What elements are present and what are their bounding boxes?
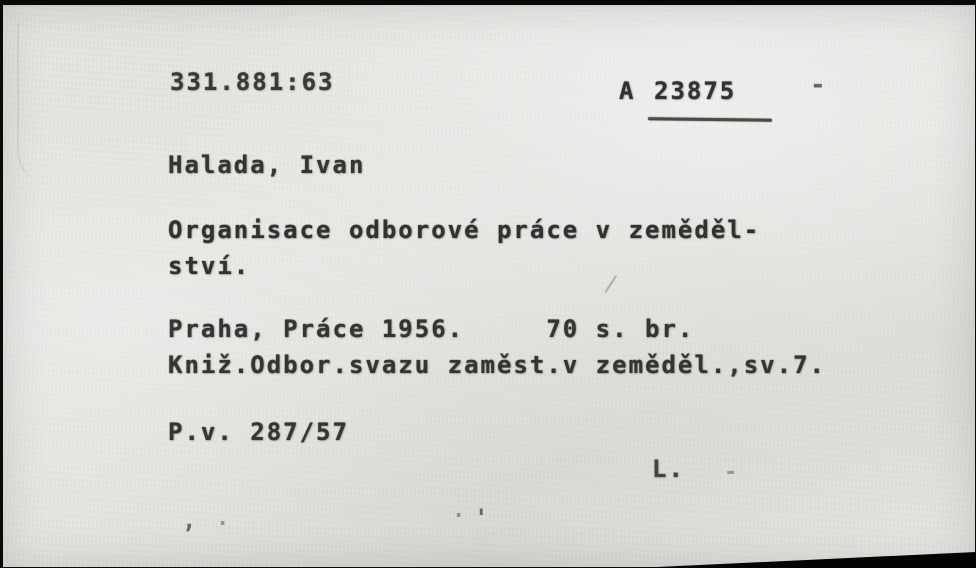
title-line-1: Organisace odborové práce v zeměděl- — [168, 218, 760, 242]
ink-speck-comma: , — [182, 508, 196, 532]
margin-dash-mark: - — [810, 72, 826, 98]
series-line: Kniž.Odbor.svazu zaměst.v zeměděl.,sv.7. — [168, 353, 826, 377]
catalog-card — [3, 5, 975, 567]
scanned-photo-frame: 331.881:63 A 23875 - Halada, Ivan Organi… — [0, 0, 976, 568]
record-number-line: P.v. 287/57 — [168, 420, 349, 444]
classification-number: 331.881:63 — [170, 70, 335, 94]
author-heading: Halada, Ivan — [168, 153, 365, 177]
cataloguer-initial: L. — [652, 457, 685, 481]
ink-speck-dot: . — [452, 500, 465, 522]
paper-crease — [17, 23, 49, 183]
ink-dash-mark: - — [724, 462, 737, 484]
ink-speck-dot: . — [216, 508, 229, 530]
ink-speck-apostrophe: ' — [474, 506, 488, 530]
call-number-value: 23875 — [654, 79, 736, 103]
call-number-prefix: A — [619, 79, 635, 103]
card-top-edge-shadow — [0, 0, 976, 7]
imprint-line: Praha, Práce 1956. 70 s. br. — [168, 317, 694, 341]
title-line-2: ství. — [168, 254, 250, 278]
